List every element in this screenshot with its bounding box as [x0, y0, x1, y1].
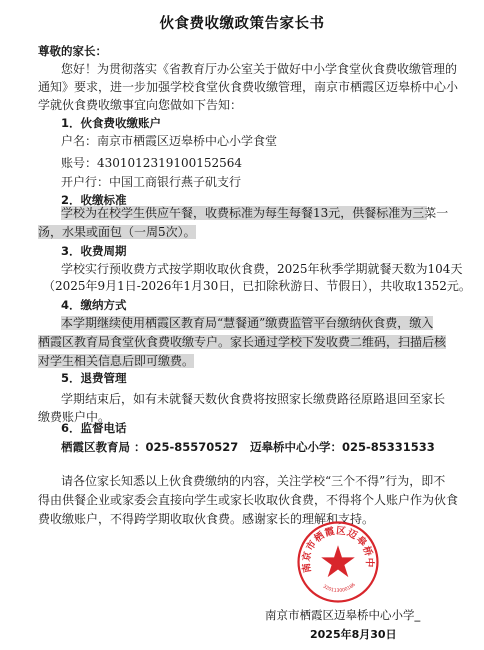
phone-label-school: 迈皋桥中心小学：: [250, 440, 342, 454]
intro-line-1: 您好！为贯彻落实《省教育厅办公室关于做好中小学食堂伙食费收缴管理的: [61, 62, 457, 76]
document-title: 伙食费收缴政策告家长书: [0, 12, 484, 33]
phone-label-edu-bureau: 栖霞区教育局 ：: [61, 440, 146, 454]
payment-line-2: 栖霞区教育局食堂伙食费收缴专户。家长通过学校下发收费二维码，扫描后核: [38, 335, 446, 349]
account-number: 账号：4301012319100152564: [61, 156, 242, 170]
section-4-heading: 4．缴纳方式: [61, 298, 127, 312]
account-bank: 开户行：中国工商银行燕子矶支行: [61, 175, 241, 189]
account-name: 户名：南京市栖霞区迈皋桥中心小学食堂: [61, 134, 277, 148]
payment-line-1: 本学期继续使用栖霞区教育局“慧餐通”缴费监管平台缴纳伙食费，缴入: [61, 316, 433, 330]
period-line-1: 学校实行预收费方式按学期收取伙食费，2025年秋季学期就餐天数为104天: [61, 262, 462, 276]
notice-document: 伙食费收缴政策告家长书 尊敬的家长： 您好！为贯彻落实《省教育厅办公室关于做好中…: [0, 0, 484, 650]
signature-date: 2025年8月30日: [310, 626, 397, 642]
section-3-heading: 3．收费周期: [61, 244, 127, 258]
phone-school: 迈皋桥中心小学：025-85331533: [250, 440, 435, 454]
refund-line-1: 学期结束后，如有未就餐天数伙食费将按照家长缴费路径原路退回至家长: [61, 392, 445, 406]
phone-number-edu-bureau: 025-85570527: [146, 440, 239, 454]
signature-school: 南京市栖霞区迈皋桥中心小学_: [265, 607, 420, 623]
phone-number-school: 025-85331533: [342, 440, 435, 454]
intro-line-2: 通知》要求，进一步加强学校食堂伙食费收缴管理，南京市栖霞区迈皋桥中心小: [38, 80, 458, 94]
official-seal-icon: 南京市栖霞区迈皋桥中心小学 3201130001865: [296, 520, 380, 604]
payment-line-3: 对学生相关信息后即可缴费。: [38, 354, 194, 368]
salutation: 尊敬的家长：: [38, 44, 107, 58]
closing-line-1: 请各位家长知悉以上伙食费缴纳的内容，关注学校“三个不得”行为，即不: [61, 474, 445, 488]
closing-line-2: 得由供餐企业或家委会直接向学生或家长收取伙食费，不得将个人账户作为伙食: [38, 493, 458, 507]
standard-line-2: 汤，水果或面包（一周5次）。: [38, 225, 196, 239]
section-5-heading: 5．退费管理: [61, 371, 127, 385]
section-1-heading: 1．伙食费收缴账户: [61, 116, 161, 130]
standard-line-1: 学校为在校学生供应午餐，收费标准为每生每餐13元，供餐标准为三菜一: [61, 206, 427, 220]
period-line-2: （2025年9月1日-2026年1月30日，已扣除秋游日、节假日），共收取135…: [43, 279, 471, 293]
section-2-heading: 2．收缴标准: [61, 193, 127, 207]
section-6-heading: 6．监督电话: [61, 421, 127, 435]
intro-line-3: 学就伙食费收缴事宜向您做如下告知：: [38, 98, 242, 112]
phone-edu-bureau: 栖霞区教育局 ：025-85570527: [61, 440, 238, 454]
